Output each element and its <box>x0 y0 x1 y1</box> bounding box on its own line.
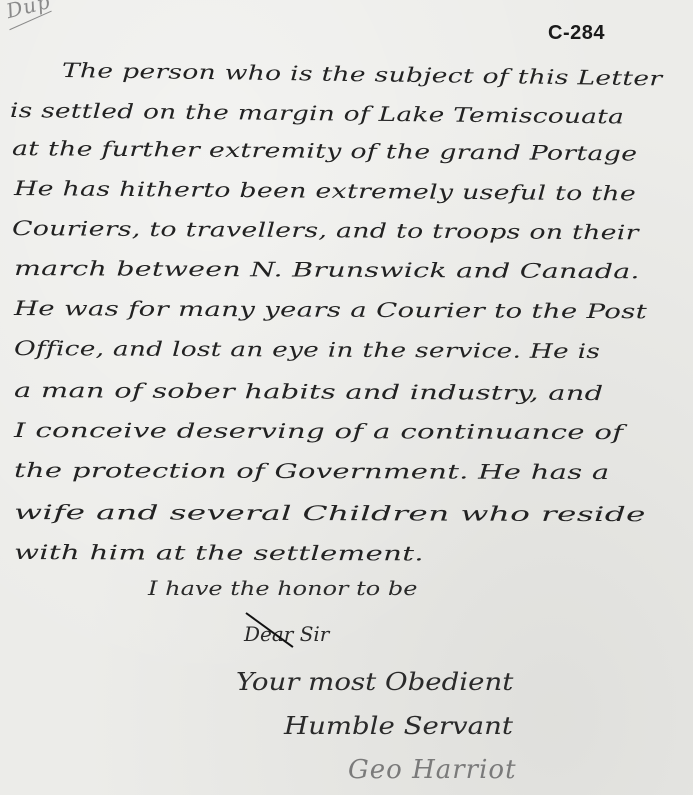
letter-line-13: with him at the settlement. <box>14 540 424 565</box>
letter-line-8: Office, and lost an eye in the service. … <box>14 336 600 363</box>
archive-reference-number: C-284 <box>548 22 605 45</box>
letter-line-11: the protection of Government. He has a <box>14 458 610 484</box>
letter-line-7: He was for many years a Courier to the P… <box>14 296 647 323</box>
letter-line-5: Couriers, to travellers, and to troops o… <box>12 216 639 244</box>
letter-line-4: He has hitherto been extremely useful to… <box>14 176 636 205</box>
letter-line-3: at the further extremity of the grand Po… <box>12 136 637 165</box>
letter-line-6: march between N. Brunswick and Canada. <box>14 256 640 283</box>
struck-salutation: Dear Sir <box>244 622 329 646</box>
letter-line-12: wife and several Children who reside <box>14 500 646 526</box>
closing-obedient-line: Your most Obedient <box>236 668 513 696</box>
closing-honor-line: I have the honor to be <box>148 576 417 600</box>
signature: Geo Harriot <box>348 755 517 785</box>
letter-line-10: I conceive deserving of a continuance of <box>14 418 623 444</box>
closing-salutation: Dear Sir <box>244 622 329 646</box>
letter-line-9: a man of sober habits and industry, and <box>14 378 604 405</box>
letter-line-1: The person who is the subject of this Le… <box>62 58 663 90</box>
corner-annotation: Dup <box>4 0 53 23</box>
scanned-letter-page: Dup C-284 The person who is the subject … <box>0 0 693 795</box>
closing-servant-line: Humble Servant <box>284 712 513 740</box>
letter-line-2: is settled on the margin of Lake Temisco… <box>10 98 624 128</box>
